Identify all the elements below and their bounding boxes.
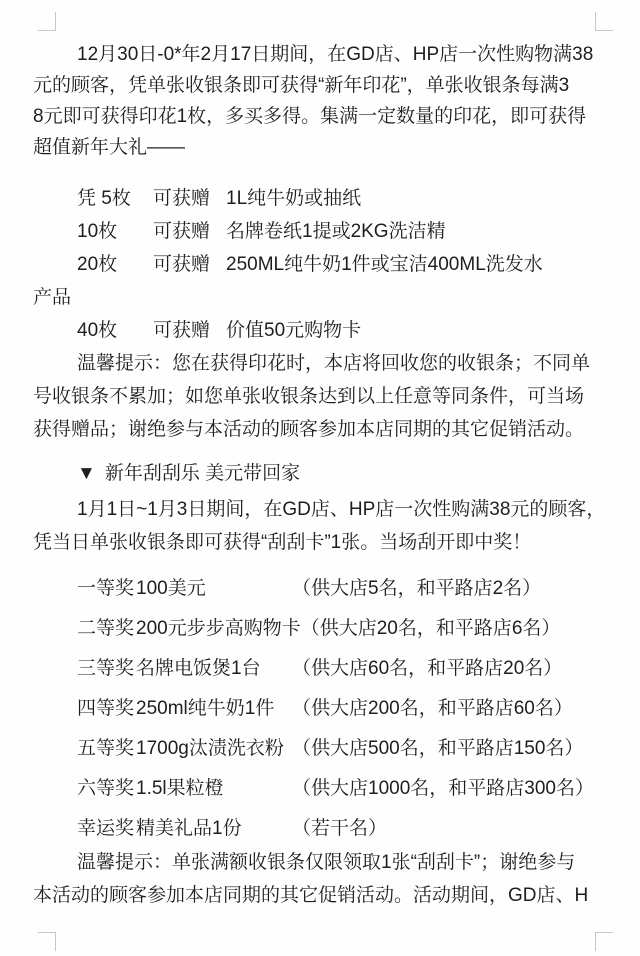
prize-rank: 四等奖 (77, 692, 136, 726)
paragraph-line: 温馨提示：单张满额收银条仅限领取1张“刮刮卡”；谢绝参与 (33, 846, 607, 879)
prize-quota: （供大店20名，和平路店6名） (301, 612, 561, 646)
prize-rank: 三等奖 (77, 652, 136, 686)
prize-rank: 幸运奖 (77, 812, 136, 846)
prize-list: 一等奖 100美元 （供大店5名，和平路店2名） 二等奖 200元步步高购物卡 … (33, 572, 607, 846)
gift-row: 20枚 可获赠 250ML纯牛奶1件或宝洁400ML洗发水 (33, 248, 607, 281)
prize-name: 250ml纯牛奶1件 (136, 692, 292, 726)
paragraph-line: 1月1日~1月3日期间，在GD店、HP店一次性购满38元的顾客， (33, 493, 607, 526)
prize-name: 1.5l果粒橙 (136, 772, 292, 806)
prize-rank: 二等奖 (77, 612, 136, 646)
prize-row: 三等奖 名牌电饭煲1台 （供大店60名，和平路店20名） (33, 652, 607, 686)
gift-row: 40枚 可获赠 价值50元购物卡 (33, 314, 607, 347)
stamp-gift-list: 凭 5枚 可获赠 1L纯牛奶或抽纸 10枚 可获赠 名牌卷纸1提或2KG洗洁精 … (33, 182, 607, 347)
prize-name: 名牌电饭煲1台 (136, 652, 292, 686)
prize-quota: （供大店500名，和平路店150名） (292, 732, 583, 766)
gift-quantity: 20枚 (77, 248, 153, 281)
prize-row: 五等奖 1700g汰渍洗衣粉 （供大店500名，和平路店150名） (33, 732, 607, 766)
paragraph-line: 8元即可获得印花1枚，多买多得。集满一定数量的印花，即可获得 (33, 101, 607, 132)
gift-name: 1L纯牛奶或抽纸 (226, 182, 361, 215)
prize-quota: （供大店60名，和平路店20名） (292, 652, 562, 686)
prize-quota: （供大店1000名，和平路店300名） (292, 772, 594, 806)
document-content: 12月30日-0*年2月17日期间，在GD店、HP店一次性购物满38 元的顾客，… (33, 0, 607, 912)
scratch-intro-paragraph: 1月1日~1月3日期间，在GD店、HP店一次性购满38元的顾客， 凭当日单张收银… (33, 493, 607, 559)
prize-row: 二等奖 200元步步高购物卡 （供大店20名，和平路店6名） (33, 612, 607, 646)
scratch-notice-paragraph: 温馨提示：单张满额收银条仅限领取1张“刮刮卡”；谢绝参与 本活动的顾客参加本店同… (33, 846, 607, 912)
document-page[interactable]: 12月30日-0*年2月17日期间，在GD店、HP店一次性购物满38 元的顾客，… (0, 0, 640, 956)
prize-name: 200元步步高购物卡 (136, 612, 301, 646)
gift-verb: 可获赠 (153, 182, 226, 215)
paragraph-line: 超值新年大礼—— (33, 132, 607, 163)
paragraph-line: 凭当日单张收银条即可获得“刮刮卡”1张。当场刮开即中奖！ (33, 526, 607, 559)
prize-row: 四等奖 250ml纯牛奶1件 （供大店200名，和平路店60名） (33, 692, 607, 726)
prize-quota: （若干名） (292, 812, 387, 846)
paragraph-line: 元的顾客，凭单张收银条即可获得“新年印花”，单张收银条每满3 (33, 70, 607, 101)
gift-quantity: 凭 5枚 (77, 182, 153, 215)
prize-name: 精美礼品1份 (136, 812, 292, 846)
prize-rank: 六等奖 (77, 772, 136, 806)
triangle-marker-icon: ▼ (77, 463, 96, 484)
section-title: 新年刮刮乐 美元带回家 (105, 463, 300, 484)
prize-quota: （供大店5名，和平路店2名） (292, 572, 541, 606)
stamp-notice-paragraph: 温馨提示：您在获得印花时，本店将回收您的收银条；不同单 号收银条不累加；如您单张… (33, 347, 607, 446)
prize-row: 一等奖 100美元 （供大店5名，和平路店2名） (33, 572, 607, 606)
gift-verb: 可获赠 (153, 314, 226, 347)
paragraph-line: 获得赠品；谢绝参与本活动的顾客参加本店同期的其它促销活动。 (33, 413, 607, 446)
gift-row-overflow-line: 产品 (33, 281, 607, 314)
stamp-intro-paragraph: 12月30日-0*年2月17日期间，在GD店、HP店一次性购物满38 元的顾客，… (33, 39, 607, 163)
paragraph-line: 温馨提示：您在获得印花时，本店将回收您的收银条；不同单 (33, 347, 607, 380)
gift-row: 凭 5枚 可获赠 1L纯牛奶或抽纸 (33, 182, 607, 215)
prize-quota: （供大店200名，和平路店60名） (292, 692, 573, 726)
gift-quantity: 10枚 (77, 215, 153, 248)
gift-name: 名牌卷纸1提或2KG洗洁精 (226, 215, 446, 248)
text-boundary-mark-bottom-right (595, 932, 613, 951)
prize-rank: 五等奖 (77, 732, 136, 766)
paragraph-line: 12月30日-0*年2月17日期间，在GD店、HP店一次性购物满38 (33, 39, 607, 70)
scratch-section-heading: ▼新年刮刮乐 美元带回家 (33, 457, 607, 490)
text-boundary-mark-bottom-left (38, 932, 56, 951)
gift-name: 价值50元购物卡 (226, 314, 361, 347)
gift-verb: 可获赠 (153, 215, 226, 248)
gift-row: 10枚 可获赠 名牌卷纸1提或2KG洗洁精 (33, 215, 607, 248)
gift-quantity: 40枚 (77, 314, 153, 347)
paragraph-line: 号收银条不累加；如您单张收银条达到以上任意等同条件，可当场 (33, 380, 607, 413)
prize-row: 幸运奖 精美礼品1份 （若干名） (33, 812, 607, 846)
paragraph-line: 本活动的顾客参加本店同期的其它促销活动。活动期间，GD店、H (33, 879, 607, 912)
prize-rank: 一等奖 (77, 572, 136, 606)
gift-name: 250ML纯牛奶1件或宝洁400ML洗发水 (226, 248, 543, 281)
prize-row: 六等奖 1.5l果粒橙 （供大店1000名，和平路店300名） (33, 772, 607, 806)
prize-name: 100美元 (136, 572, 292, 606)
prize-name: 1700g汰渍洗衣粉 (136, 732, 292, 766)
gift-verb: 可获赠 (153, 248, 226, 281)
